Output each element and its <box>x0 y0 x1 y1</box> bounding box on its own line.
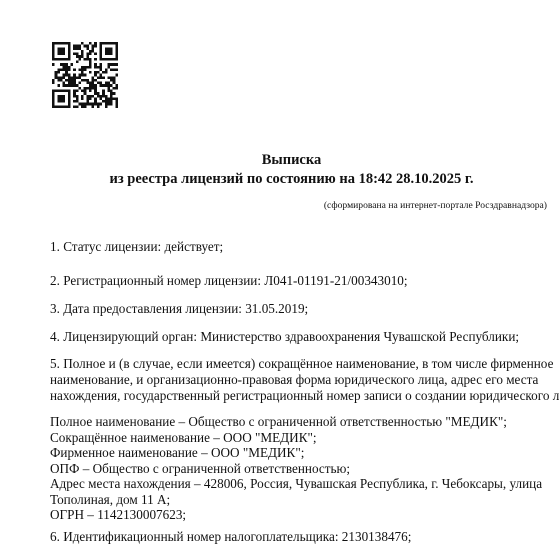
org-short-name: Сокращённое наименование – ООО "МЕДИК"; <box>50 430 317 446</box>
item-license-date: 3. Дата предоставления лицензии: 31.05.2… <box>50 301 308 317</box>
org-brand-name: Фирменное наименование – ООО "МЕДИК"; <box>50 445 304 461</box>
item-licensing-authority: 4. Лицензирующий орган: Министерство здр… <box>50 329 519 345</box>
org-legal-form: ОПФ – Общество с ограниченной ответствен… <box>50 461 350 477</box>
org-address-cont: Тополиная, дом 11 А; <box>50 492 170 508</box>
item5-line: 5. Полное и (в случае, если имеется) сок… <box>50 356 553 372</box>
item-license-status: 1. Статус лицензии: действует; <box>50 239 223 255</box>
item-inn: 6. Идентификационный номер налогоплатель… <box>50 529 411 545</box>
document-title: Выписка <box>12 151 559 169</box>
source-note: (сформирована на интернет-портале Росздр… <box>324 200 547 212</box>
item5-line: наименование, и организационно-правовая … <box>50 372 538 388</box>
org-address: Адрес места нахождения – 428006, Россия,… <box>50 476 542 492</box>
org-ogrn: ОГРН – 1142130007623; <box>50 507 186 523</box>
item5-line: нахождения, государственный регистрацион… <box>50 388 559 404</box>
org-full-name: Полное наименование – Общество с огранич… <box>50 414 507 430</box>
qr-code-icon <box>52 42 118 108</box>
document-subtitle: из реестра лицензий по состоянию на 18:4… <box>12 170 559 188</box>
item-registration-number: 2. Регистрационный номер лицензии: Л041-… <box>50 273 408 289</box>
